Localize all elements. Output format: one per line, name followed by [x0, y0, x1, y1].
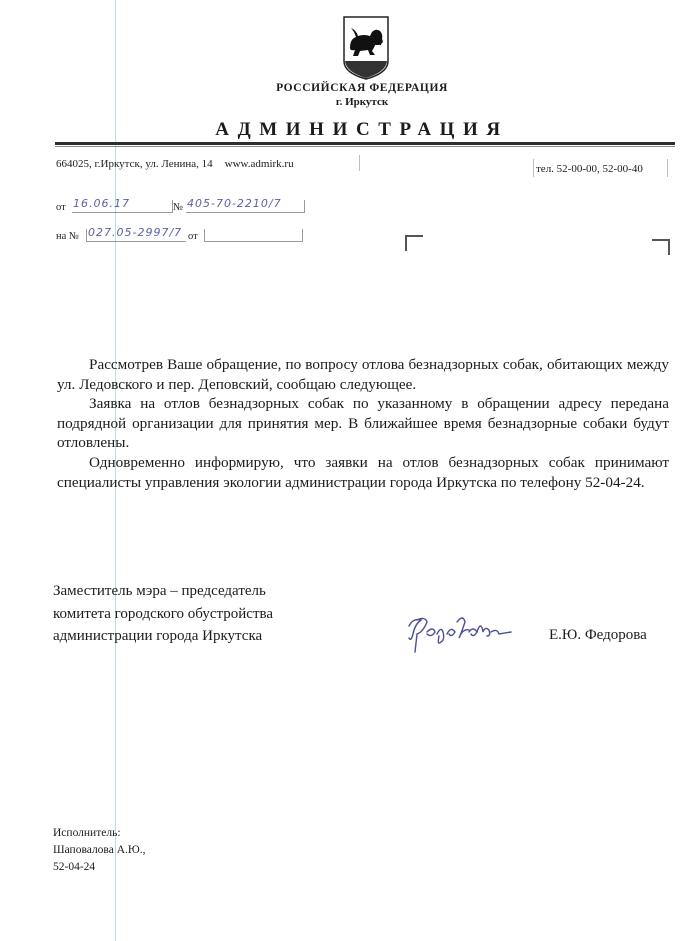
divider	[533, 159, 534, 177]
addressee-corner-mark	[405, 235, 423, 251]
header-rule-thin	[55, 146, 675, 147]
coat-of-arms-icon	[342, 15, 390, 81]
field-tick	[86, 229, 87, 242]
executor-block: Исполнитель: Шаповалова А.Ю., 52-04-24	[53, 825, 145, 876]
number-underline	[186, 212, 304, 213]
handwritten-signature-icon	[403, 612, 513, 660]
phone-numbers: тел. 52-00-00, 52-00-40	[536, 163, 643, 175]
body-paragraph: Заявка на отлов безнадзорных собак по ук…	[57, 394, 669, 453]
number-label: №	[173, 202, 183, 213]
postal-address: 664025, г.Иркутск, ул. Ленина, 14	[56, 158, 213, 170]
field-tick	[302, 229, 303, 242]
executor-label: Исполнитель:	[53, 825, 145, 842]
date-underline	[72, 212, 172, 213]
body-paragraph: Рассмотрев Ваше обращение, по вопросу от…	[57, 355, 669, 394]
divider	[359, 155, 360, 171]
address-line: 664025, г.Иркутск, ул. Ленина, 14www.adm…	[56, 158, 294, 170]
organization-title: АДМИНИСТРАЦИЯ	[0, 119, 694, 141]
field-tick	[304, 200, 305, 213]
reference-date-label: от	[188, 231, 198, 242]
signer-position: Заместитель мэра – председатель комитета…	[53, 580, 273, 648]
executor-phone: 52-04-24	[53, 859, 145, 876]
reference-date-underline	[204, 241, 302, 242]
signer-position-line: комитета городского обустройства	[53, 603, 273, 626]
number-field[interactable]: 405-70-2210/7	[187, 197, 282, 210]
addressee-corner-mark	[652, 239, 670, 255]
body-paragraph: Одновременно информирую, что заявки на о…	[57, 453, 669, 492]
signer-name: Е.Ю. Федорова	[549, 627, 647, 644]
divider	[667, 159, 668, 177]
city-name: г. Иркутск	[0, 96, 694, 108]
reference-number-field[interactable]: 027.05-2997/7	[88, 226, 182, 239]
date-field[interactable]: 16.06.17	[73, 197, 130, 210]
field-tick	[204, 229, 205, 242]
executor-name: Шаповалова А.Ю.,	[53, 842, 145, 859]
reference-underline	[86, 241, 186, 242]
header-rule	[55, 142, 675, 145]
letter-body: Рассмотрев Ваше обращение, по вопросу от…	[57, 355, 669, 492]
signer-position-line: Заместитель мэра – председатель	[53, 580, 273, 603]
reference-label: на №	[56, 231, 79, 242]
website-link[interactable]: www.admirk.ru	[225, 158, 294, 170]
signer-position-line: администрации города Иркутска	[53, 625, 273, 648]
country-name: РОССИЙСКАЯ ФЕДЕРАЦИЯ	[0, 82, 694, 94]
date-label: от	[56, 202, 66, 213]
